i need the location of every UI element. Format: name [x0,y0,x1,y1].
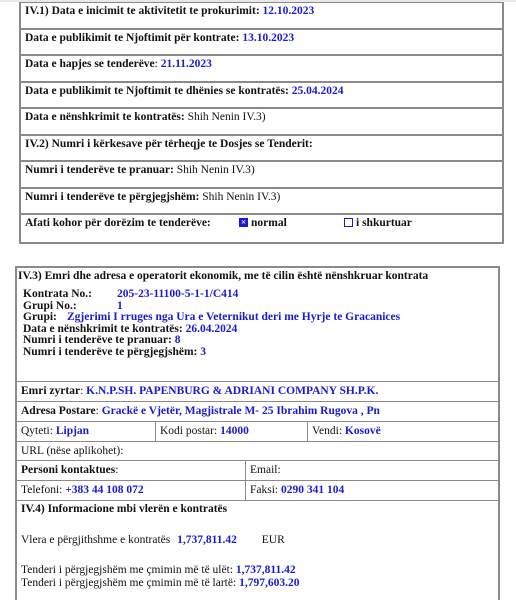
label: Numri i tenderëve te përgjegjshëm: [25,191,202,203]
economic-operator-box: IV.3) Emri dhe adresa e operatorit ekono… [15,266,500,600]
responsive-tenders: Shih Nenin IV.3) [202,191,280,203]
row-opening-date: Data e hapjes se tenderëve: 21.11.2023 [21,56,502,83]
country: Kosovë [345,425,381,437]
responsive-count: 3 [200,346,206,358]
label: Adresa Postare [21,405,96,417]
section-title: IV.3) Emri dhe adresa e operatorit ekono… [17,268,498,283]
lowest-value: 1,737,811.42 [236,564,296,576]
row-award-notice-date: Data e publikimit te Njoftimit te dhënie… [21,83,502,110]
accepted-tenders: Shih Nenin IV.3) [177,164,255,176]
option-label: normal [251,217,287,229]
row-phone: Telefoni: +383 44 108 072 Faksi: 0290 34… [17,480,498,500]
accepted-count: 8 [175,334,181,346]
row-signing-date: Data e nënshkrimit te kontratës: Shih Ne… [21,109,502,136]
label: IV.2) Numri i kërkesave për tërheqje te … [25,138,313,150]
group-name: Zgjerimi I rruges nga Ura e Veternikut d… [67,311,400,323]
label: Numri i tenderëve te pranuar: [23,334,175,346]
fax: 0290 341 104 [281,484,344,496]
row-url: URL (nëse aplikohet): [17,441,498,460]
label: Personi kontaktues [21,464,115,476]
row-deadline: Afati kohor për dorëzim te tenderëve: no… [21,215,502,242]
label: Numri i tenderëve te përgjegjshëm: [23,346,200,358]
currency: EUR [262,534,285,546]
row-notice-publication-date: Data e publikimit te Njoftimit për kontr… [21,30,502,57]
phone: +383 44 108 072 [65,484,143,496]
label: Qyteti: [21,425,56,437]
label: Vlera e përgjithshme e kontratës [21,534,170,546]
label: Data e publikimit te Njoftimit te dhënie… [25,85,292,97]
lowest-tender-row: Tenderi i përgjegjshëm me çmimin më të u… [21,564,296,576]
city: Lipjan [56,425,89,437]
row-accepted-tenders: Numri i tenderëve te pranuar: Shih Nenin… [21,162,502,189]
url-label: URL (nëse aplikohet): [21,445,123,457]
row-initiation-date: IV.1) Data e inicimit te aktivitetit te … [21,3,502,30]
contract-number: 205-23-11100-5-1-1/C414 [117,288,238,300]
official-name: K.N.P.SH. PAPENBURG & ADRIANI COMPANY SH… [86,385,378,397]
award-notice-date: 25.04.2024 [292,85,344,97]
label: Afati kohor për dorëzim te tenderëve: [25,217,211,229]
total-value: 1,737,811.42 [177,534,237,546]
label: Vendi: [312,425,345,437]
postal-code: 14000 [220,425,249,437]
label: Faksi: [250,484,281,496]
postal-address: Grackë e Vjetër, Magjistrale M- 25 Ibrah… [102,405,380,417]
label: Tenderi i përgjegjshëm me çmimin më të l… [21,577,239,589]
checked-checkbox-icon[interactable] [239,218,248,227]
label: IV.1) Data e inicimit te aktivitetit te … [25,5,263,17]
option-label: i shkurtuar [356,217,412,229]
notice-publication-date: 13.10.2023 [242,32,294,44]
label: Emri zyrtar [21,385,80,397]
highest-value: 1,797,603.20 [239,577,299,589]
option-shortened[interactable]: i shkurtuar [344,217,412,230]
label: Data e nënshkrimit te kontratës: [25,111,188,123]
label: Data e publikimit te Njoftimit për kontr… [25,32,242,44]
contract-info: Kontrata No.:205-23-11100-5-1-1/C414 Gru… [17,283,498,359]
row-withdrawal-requests: IV.2) Numri i kërkesave për tërheqje te … [21,136,502,163]
total-value-row: Vlera e përgjithshme e kontratës 1,737,8… [21,534,285,546]
label: Telefoni: [21,484,65,496]
label: Kodi postar: [160,425,220,437]
initiation-date: 12.10.2023 [263,5,315,17]
section-title: IV.4) Informacione mbi vlerën e kontratë… [21,503,227,515]
unchecked-checkbox-icon[interactable] [344,218,353,227]
label: Data e nënshkrimit te kontratës: [23,323,186,335]
row-address: Adresa Postare: Grackë e Vjetër, Magjist… [17,401,498,421]
row-city: Qyteti: Lipjan Kodi postar: 14000 Vendi:… [17,421,498,441]
email-label: Email: [250,464,281,476]
row-responsive-tenders: Numri i tenderëve te përgjegjshëm: Shih … [21,189,502,216]
label: Tenderi i përgjegjshëm me çmimin më të u… [21,564,236,576]
label: Numri i tenderëve te pranuar: [25,164,177,176]
opening-date: 21.11.2023 [161,58,212,70]
sign-date: 26.04.2024 [186,323,238,335]
procurement-dates-table: IV.1) Data e inicimit te aktivitetit te … [19,2,504,244]
group-number: 1 [117,300,123,312]
label: Data e hapjes se tenderëve [25,58,155,70]
option-normal[interactable]: normal [239,217,287,230]
highest-tender-row: Tenderi i përgjegjshëm me çmimin më të l… [21,577,299,589]
signing-date: Shih Nenin IV.3) [188,111,266,123]
row-official-name: Emri zyrtar: K.N.P.SH. PAPENBURG & ADRIA… [17,381,498,401]
label: Kontrata No.: [23,289,117,301]
contract-value-section: IV.4) Informacione mbi vlerën e kontratë… [17,500,498,600]
row-contact: Personi kontaktues: Email: [17,460,498,480]
